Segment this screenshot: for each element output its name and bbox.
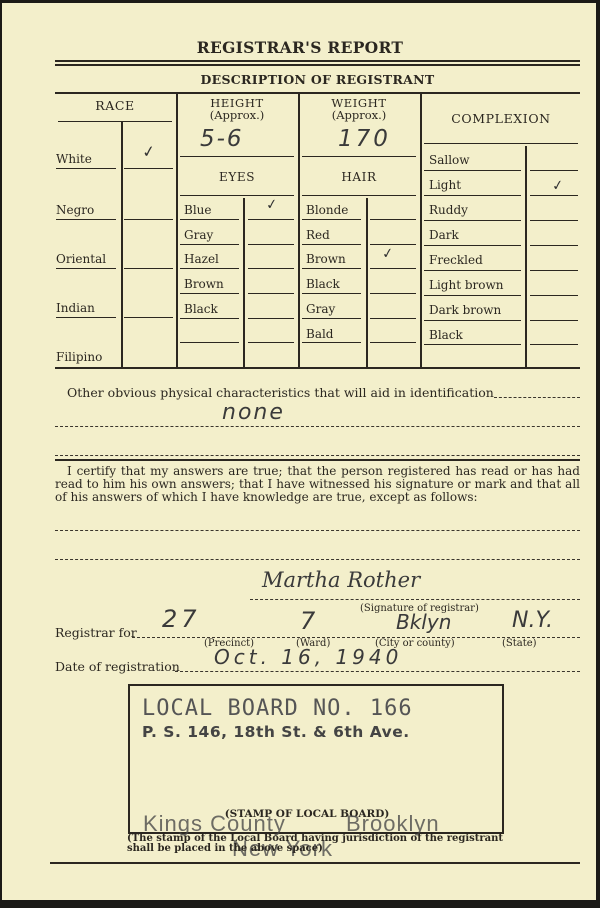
eyes-option-blue: Blue [184, 203, 212, 217]
hair-check-rule [370, 268, 416, 269]
eyes-rule [180, 318, 239, 319]
registrar-signature[interactable]: Martha Rother [262, 568, 420, 592]
signature-line [250, 599, 580, 600]
date-of-registration-value[interactable]: Oct. 16, 1940 [214, 645, 402, 669]
complexion-rule [424, 220, 521, 221]
weight-rule [302, 156, 416, 157]
title-double-rule-bottom [55, 64, 580, 66]
other-characteristics-value[interactable]: none [222, 400, 285, 425]
complexion-option-black: Black [429, 328, 463, 342]
height-rule [180, 156, 294, 157]
divider-height-weight [298, 94, 300, 368]
eyes-check-rule [248, 219, 294, 220]
eyes-rule [180, 219, 239, 220]
eyes-check-rule [248, 244, 294, 245]
hair-check-rule [370, 318, 416, 319]
certification-text: I certify that my answers are true; that… [55, 465, 580, 504]
height-subheader: (Approx.) [177, 108, 297, 122]
hair-check-column [366, 198, 368, 368]
hair-option-brown: Brown [306, 252, 346, 266]
complexion-rule [424, 344, 521, 345]
race-rule [56, 168, 116, 169]
complexion-check-rule [530, 170, 578, 171]
complexion-option-sallow: Sallow [429, 153, 470, 167]
complexion-rule [424, 295, 521, 296]
registrar-for-label: Registrar for [55, 625, 137, 640]
complexion-header: COMPLEXION [421, 111, 581, 126]
hair-check-rule [370, 244, 416, 245]
hair-brown-checkmark[interactable]: ✓ [381, 245, 395, 262]
complexion-check-column [525, 146, 527, 368]
race-option-white: White [56, 152, 92, 166]
complexion-option-ruddy: Ruddy [429, 203, 468, 217]
table-top-rule [55, 92, 580, 94]
hair-rule [302, 219, 361, 220]
eyes-blue-checkmark[interactable]: ✓ [265, 196, 279, 213]
hair-option-bald: Bald [306, 327, 334, 341]
hair-rule [302, 318, 361, 319]
race-check-rule [124, 168, 173, 169]
hair-option-red: Red [306, 228, 330, 242]
bottom-rule [50, 862, 580, 864]
complexion-rule [424, 195, 521, 196]
hair-check-rule [370, 219, 416, 220]
complexion-check-rule [530, 245, 578, 246]
other-characteristics-field[interactable] [55, 426, 580, 427]
eyes-header: EYES [177, 170, 297, 184]
eyes-check-rule [248, 268, 294, 269]
weight-value[interactable]: 170 [338, 126, 391, 152]
complexion-option-dark: Dark [429, 228, 459, 242]
section-subtitle: DESCRIPTION OF REGISTRANT [55, 72, 580, 87]
hair-rule [302, 342, 361, 343]
eyes-rule [180, 293, 239, 294]
complexion-light-checkmark[interactable]: ✓ [551, 177, 565, 194]
date-of-registration-line [175, 671, 580, 672]
hair-option-blonde: Blonde [306, 203, 348, 217]
race-header: RACE [55, 98, 175, 113]
stamp-local-board-number: LOCAL BOARD NO. 166 [142, 696, 413, 721]
other-characteristics-label: Other obvious physical characteristics t… [67, 385, 494, 400]
other-characteristics-line [494, 397, 580, 398]
complexion-rule [424, 245, 521, 246]
race-check-rule [124, 219, 173, 220]
eyes-option-black: Black [184, 302, 218, 316]
hair-rule [302, 244, 361, 245]
complexion-option-freckled: Freckled [429, 253, 483, 267]
eyes-check-rule [248, 318, 294, 319]
table-bottom-rule [55, 367, 580, 369]
eyes-rule [180, 268, 239, 269]
eyes-option-brown: Brown [184, 277, 224, 291]
eyes-rule [180, 244, 239, 245]
eyes-header-rule [180, 195, 294, 196]
weight-subheader: (Approx.) [299, 108, 419, 122]
complexion-check-rule [530, 220, 578, 221]
eyes-rule [180, 342, 239, 343]
race-check-column [121, 122, 123, 368]
divider-race-height [176, 94, 178, 368]
eyes-option-hazel: Hazel [184, 252, 219, 266]
eyes-check-column [243, 198, 245, 368]
eyes-option-gray: Gray [184, 228, 213, 242]
complexion-check-rule [530, 320, 578, 321]
exceptions-field-2[interactable] [55, 559, 580, 560]
complexion-check-rule [530, 195, 578, 196]
page-title: REGISTRAR'S REPORT [0, 38, 600, 57]
state-value[interactable]: N.Y. [512, 608, 553, 633]
race-white-checkmark[interactable]: ✓ [141, 141, 157, 162]
eyes-check-rule [248, 342, 294, 343]
race-option-oriental: Oriental [56, 252, 106, 266]
date-of-registration-label: Date of registration [55, 659, 180, 674]
race-rule [56, 268, 116, 269]
hair-header-rule [302, 195, 416, 196]
race-option-indian: Indian [56, 301, 95, 315]
complexion-option-dark-brown: Dark brown [429, 303, 501, 317]
divider-weight-complexion [420, 94, 422, 368]
race-header-rule [58, 121, 172, 122]
precinct-value[interactable]: 27 [162, 605, 201, 633]
complexion-check-rule [530, 344, 578, 345]
complexion-rule [424, 320, 521, 321]
stamp-note-line2: shall be placed in the above space) [127, 844, 323, 854]
ward-value[interactable]: 7 [300, 607, 315, 635]
hair-rule [302, 293, 361, 294]
hair-option-black: Black [306, 277, 340, 291]
section-divider [55, 459, 580, 461]
complexion-check-rule [530, 295, 578, 296]
hair-check-rule [370, 342, 416, 343]
hair-check-rule [370, 293, 416, 294]
complexion-check-rule [530, 270, 578, 271]
eyes-check-rule [248, 293, 294, 294]
city-value[interactable]: Bklyn [396, 610, 451, 634]
stamp-caption: (STAMP OF LOCAL BOARD) [0, 808, 600, 820]
title-double-rule-top [55, 60, 580, 62]
complexion-header-rule [424, 143, 578, 144]
race-rule [56, 317, 116, 318]
race-rule [56, 219, 116, 220]
complexion-rule [424, 170, 521, 171]
race-check-rule [124, 268, 173, 269]
complexion-option-light-brown: Light brown [429, 278, 504, 292]
hair-header: HAIR [299, 170, 419, 184]
race-check-rule [124, 317, 173, 318]
hair-rule [302, 268, 361, 269]
race-option-negro: Negro [56, 203, 94, 217]
complexion-option-light: Light [429, 178, 461, 192]
state-caption: (State) [502, 638, 537, 649]
height-value[interactable]: 5-6 [200, 126, 244, 152]
complexion-rule [424, 270, 521, 271]
race-option-filipino: Filipino [56, 350, 102, 364]
exceptions-field-1[interactable] [55, 530, 580, 531]
other-characteristics-field-2[interactable] [55, 455, 580, 456]
hair-option-gray: Gray [306, 302, 335, 316]
stamp-address: P. S. 146, 18th St. & 6th Ave. [142, 723, 410, 741]
